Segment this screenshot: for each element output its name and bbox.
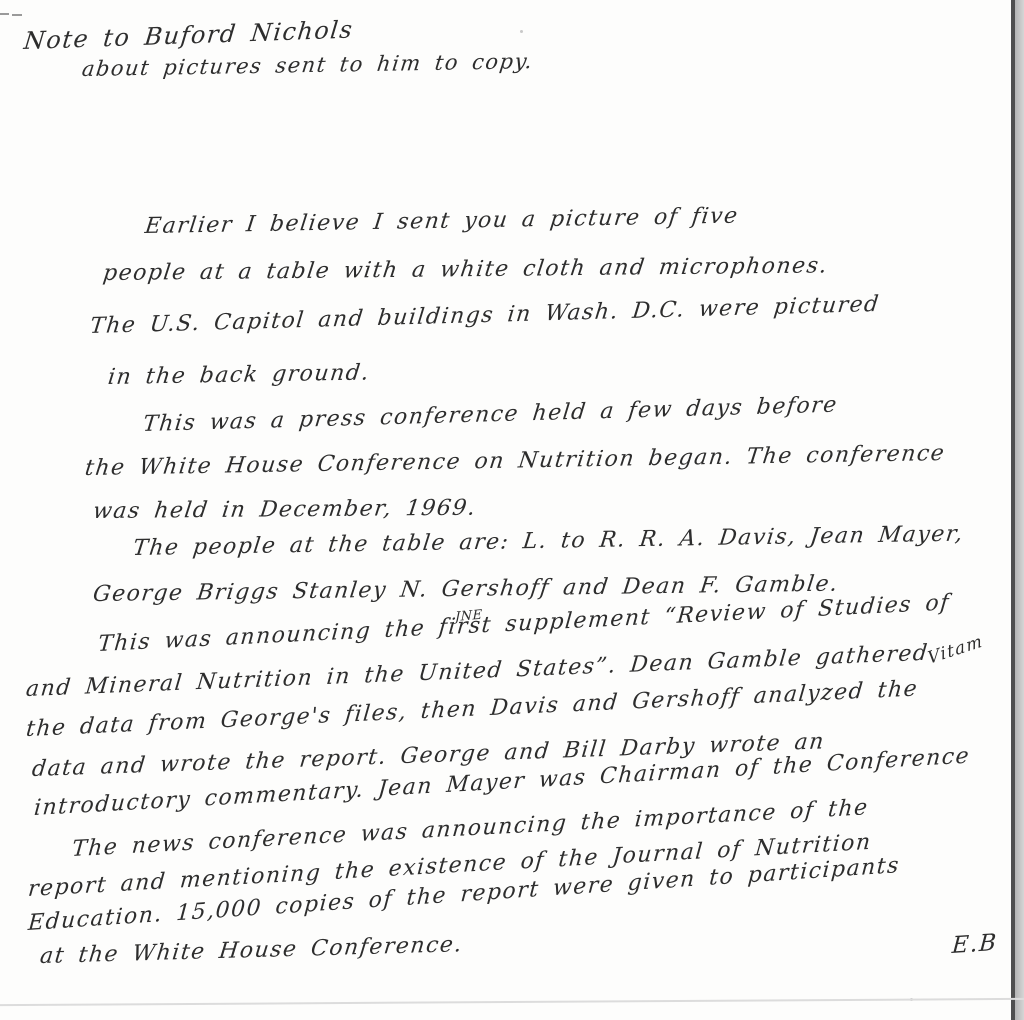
inserted-word-above-line: JNE (455, 609, 483, 626)
handwritten-line-5: This was a press conference held a few d… (142, 394, 839, 438)
handwritten-line-3: The U.S. Capitol and buildings in Wash. … (89, 293, 881, 339)
margin-wrap-word: Vitam (926, 632, 984, 669)
note-header-line2: about pictures sent to him to copy. (81, 50, 535, 81)
scanned-note-page: Note to Buford Nichols about pictures se… (0, 0, 1024, 1020)
handwritten-line-7: was held in December, 1969. (91, 497, 477, 525)
scan-crease-line (0, 998, 1024, 1006)
scan-smudge-dash (0, 13, 9, 15)
handwritten-line-1: Earlier I believe I sent you a picture o… (144, 205, 740, 240)
note-header-line1: Note to Buford Nichols (23, 16, 355, 54)
scan-smudge-dash (12, 14, 22, 16)
handwritten-line-8: The people at the table are: L. to R. R.… (132, 522, 966, 561)
handwritten-line-4: in the back ground. (107, 361, 372, 390)
handwritten-line-18: at the White House Conference. (39, 933, 465, 969)
handwritten-line-2: people at a table with a white cloth and… (101, 254, 829, 286)
handwritten-line-6: the White House Conference on Nutrition … (84, 442, 947, 481)
signature-initials: E.B (951, 931, 998, 960)
scan-edge-band (1015, 0, 1024, 1020)
scan-speck (520, 30, 523, 33)
